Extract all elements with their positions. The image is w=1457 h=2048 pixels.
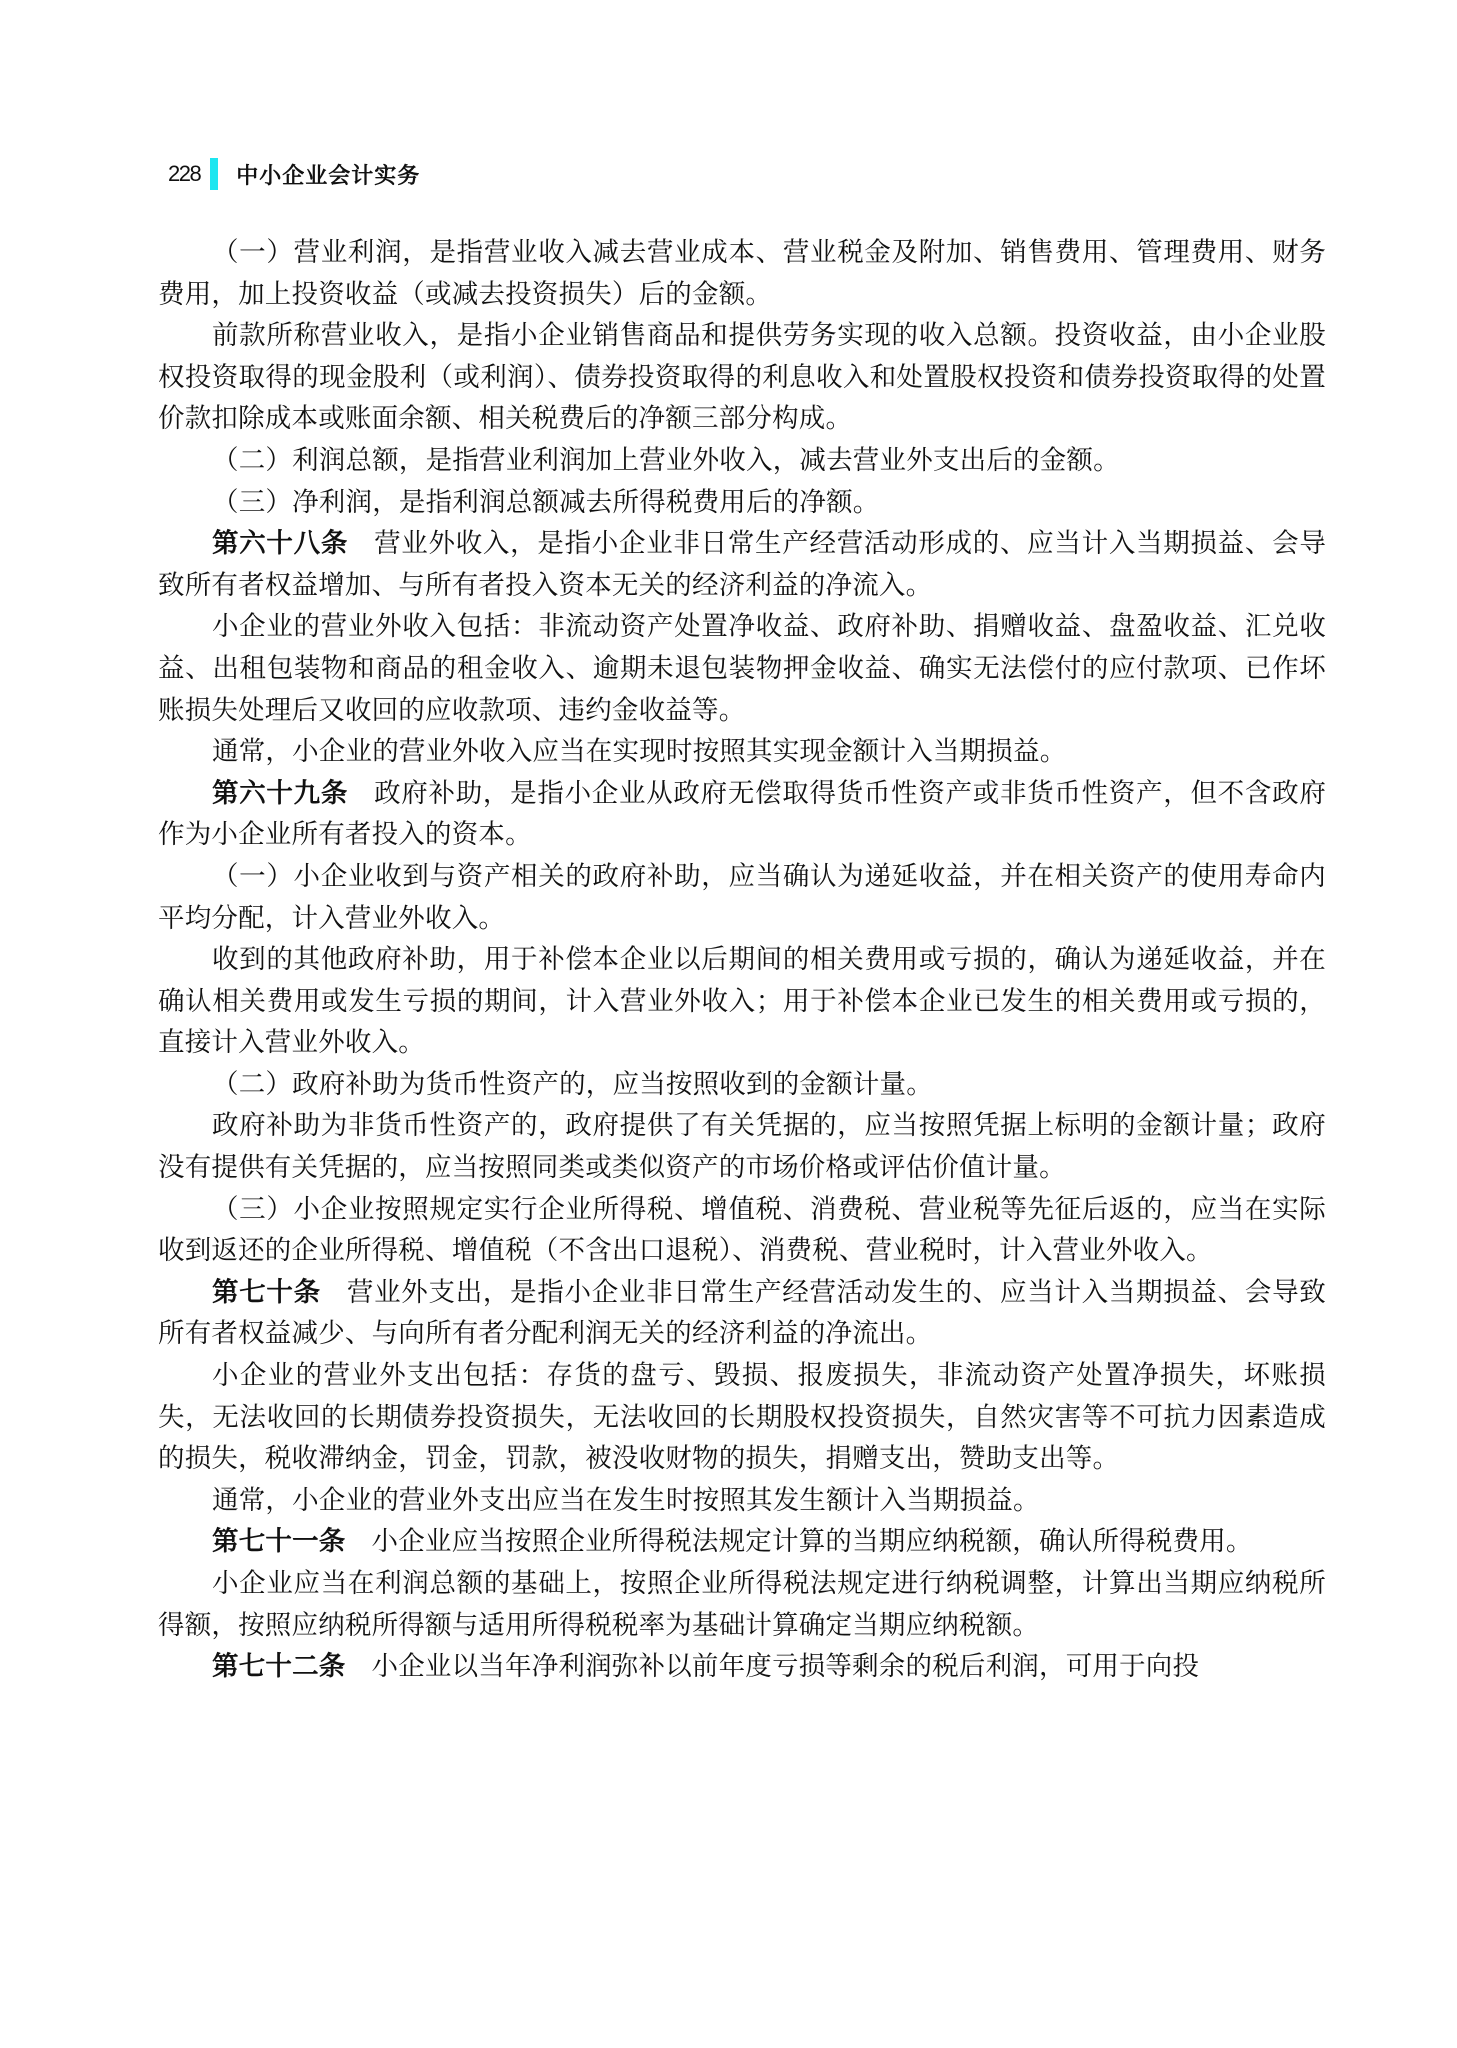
paragraph: 政府补助为非货币性资产的，政府提供了有关凭据的，应当按照凭据上标明的金额计量；政…: [158, 1105, 1326, 1188]
paragraph: （二）利润总额，是指营业利润加上营业外收入，减去营业外支出后的金额。: [158, 440, 1326, 482]
article-70: 第七十条营业外支出，是指小企业非日常生产经营活动发生的、应当计入当期损益、会导致…: [158, 1272, 1326, 1355]
paragraph: （一）小企业收到与资产相关的政府补助，应当确认为递延收益，并在相关资产的使用寿命…: [158, 856, 1326, 939]
article-number: 第六十九条: [212, 778, 348, 809]
article-69: 第六十九条政府补助，是指小企业从政府无偿取得货币性资产或非货币性资产，但不含政府…: [158, 773, 1326, 856]
paragraph-text: 小企业的营业外支出包括：存货的盘亏、毁损、报废损失，非流动资产处置净损失，坏账损…: [158, 1360, 1326, 1474]
header-accent-bar: [210, 158, 218, 190]
paragraph-text: （一）营业利润，是指营业收入减去营业成本、营业税金及附加、销售费用、管理费用、财…: [158, 237, 1326, 310]
article-68: 第六十八条营业外收入，是指小企业非日常生产经营活动形成的、应当计入当期损益、会导…: [158, 523, 1326, 606]
paragraph-text: 小企业应当在利润总额的基础上，按照企业所得税法规定进行纳税调整，计算出当期应纳税…: [158, 1568, 1326, 1641]
paragraph-text: 政府补助为非货币性资产的，政府提供了有关凭据的，应当按照凭据上标明的金额计量；政…: [158, 1110, 1326, 1183]
article-number: 第六十八条: [212, 528, 348, 559]
paragraph: （三）净利润，是指利润总额减去所得税费用后的净额。: [158, 482, 1326, 524]
article-71: 第七十一条小企业应当按照企业所得税法规定计算的当期应纳税额，确认所得税费用。: [158, 1521, 1326, 1563]
body-text: （一）营业利润，是指营业收入减去营业成本、营业税金及附加、销售费用、管理费用、财…: [158, 232, 1326, 1688]
paragraph-text: 小企业以当年净利润弥补以前年度亏损等剩余的税后利润，可用于向投: [372, 1651, 1200, 1682]
paragraph: （一）营业利润，是指营业收入减去营业成本、营业税金及附加、销售费用、管理费用、财…: [158, 232, 1326, 315]
article-number: 第七十条: [212, 1277, 321, 1308]
paragraph: 通常，小企业的营业外支出应当在发生时按照其发生额计入当期损益。: [158, 1480, 1326, 1522]
paragraph-text: （二）政府补助为货币性资产的，应当按照收到的金额计量。: [212, 1069, 933, 1100]
book-title: 中小企业会计实务: [236, 159, 420, 190]
paragraph: （二）政府补助为货币性资产的，应当按照收到的金额计量。: [158, 1064, 1326, 1106]
running-header: 228 中小企业会计实务: [168, 156, 420, 192]
paragraph-text: 前款所称营业收入，是指小企业销售商品和提供劳务实现的收入总额。投资收益，由小企业…: [158, 320, 1326, 434]
paragraph-text: 通常，小企业的营业外支出应当在发生时按照其发生额计入当期损益。: [212, 1485, 1040, 1516]
article-number: 第七十二条: [212, 1651, 346, 1682]
paragraph: （三）小企业按照规定实行企业所得税、增值税、消费税、营业税等先征后返的，应当在实…: [158, 1189, 1326, 1272]
paragraph-text: 小企业应当按照企业所得税法规定计算的当期应纳税额，确认所得税费用。: [372, 1526, 1253, 1557]
paragraph-text: 通常，小企业的营业外收入应当在实现时按照其实现金额计入当期损益。: [212, 736, 1066, 767]
article-72: 第七十二条小企业以当年净利润弥补以前年度亏损等剩余的税后利润，可用于向投: [158, 1646, 1326, 1688]
paragraph: 小企业应当在利润总额的基础上，按照企业所得税法规定进行纳税调整，计算出当期应纳税…: [158, 1563, 1326, 1646]
paragraph-text: 收到的其他政府补助，用于补偿本企业以后期间的相关费用或亏损的，确认为递延收益，并…: [158, 944, 1326, 1058]
paragraph-text: （三）净利润，是指利润总额减去所得税费用后的净额。: [212, 487, 880, 518]
paragraph-text: 营业外支出，是指小企业非日常生产经营活动发生的、应当计入当期损益、会导致所有者权…: [158, 1277, 1326, 1350]
paragraph-text: （一）小企业收到与资产相关的政府补助，应当确认为递延收益，并在相关资产的使用寿命…: [158, 861, 1326, 934]
paragraph-text: （二）利润总额，是指营业利润加上营业外收入，减去营业外支出后的金额。: [212, 445, 1120, 476]
paragraph: 小企业的营业外收入包括：非流动资产处置净收益、政府补助、捐赠收益、盘盈收益、汇兑…: [158, 606, 1326, 731]
paragraph: 通常，小企业的营业外收入应当在实现时按照其实现金额计入当期损益。: [158, 731, 1326, 773]
article-number: 第七十一条: [212, 1526, 346, 1557]
paragraph: 收到的其他政府补助，用于补偿本企业以后期间的相关费用或亏损的，确认为递延收益，并…: [158, 939, 1326, 1064]
paragraph-text: 小企业的营业外收入包括：非流动资产处置净收益、政府补助、捐赠收益、盘盈收益、汇兑…: [158, 611, 1326, 725]
paragraph-text: （三）小企业按照规定实行企业所得税、增值税、消费税、营业税等先征后返的，应当在实…: [158, 1194, 1326, 1267]
paragraph: 小企业的营业外支出包括：存货的盘亏、毁损、报废损失，非流动资产处置净损失，坏账损…: [158, 1355, 1326, 1480]
paragraph: 前款所称营业收入，是指小企业销售商品和提供劳务实现的收入总额。投资收益，由小企业…: [158, 315, 1326, 440]
page-number: 228: [168, 161, 200, 187]
